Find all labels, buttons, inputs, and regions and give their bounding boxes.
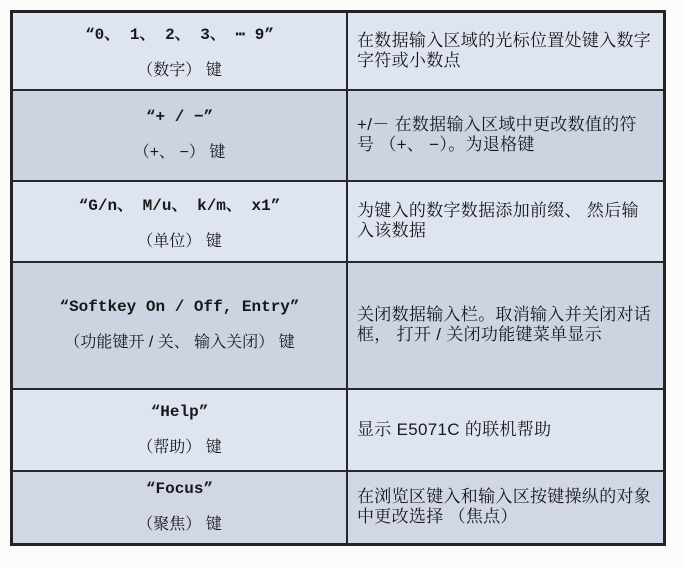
key-cell: “G/n、 M/u、 k/m、 x1” （单位） 键 xyxy=(12,181,348,262)
description-cell: 在数据输入区域的光标位置处键入数字 字符或小数点 xyxy=(347,12,665,90)
table-row: “0、 1、 2、 3、 ⋯ 9” （数字） 键 在数据输入区域的光标位置处键入… xyxy=(12,12,665,90)
key-label: （数字） 键 xyxy=(19,57,340,80)
key-label: （+、 −） 键 xyxy=(19,139,340,162)
key-name: “+ / −” xyxy=(19,108,340,126)
table-row: “Focus” （聚焦） 键 在浏览区键入和输入区按键操纵的对象 中更改选择 （… xyxy=(12,471,665,545)
key-name: “0、 1、 2、 3、 ⋯ 9” xyxy=(19,21,340,44)
key-description: 关闭数据输入栏。取消输入并关闭对话 框， 打开 / 关闭功能键菜单显示 xyxy=(357,305,659,345)
key-description: 显示 E5071C 的联机帮助 xyxy=(357,420,659,440)
table-row: “Softkey On / Off, Entry” （功能键开 / 关、 输入关… xyxy=(12,262,665,389)
description-cell: +/－ 在数据输入区域中更改数值的符 号 （+、 −）。为退格键 xyxy=(347,90,665,181)
key-cell: “Focus” （聚焦） 键 xyxy=(12,471,348,545)
table-row: “G/n、 M/u、 k/m、 x1” （单位） 键 为键入的数字数据添加前缀、… xyxy=(12,181,665,262)
key-description: 在浏览区键入和输入区按键操纵的对象 中更改选择 （焦点） xyxy=(357,487,659,527)
table-row: “Help” （帮助） 键 显示 E5071C 的联机帮助 xyxy=(12,389,665,471)
key-cell: “0、 1、 2、 3、 ⋯ 9” （数字） 键 xyxy=(12,12,348,90)
key-cell: “Help” （帮助） 键 xyxy=(12,389,348,471)
key-name: “Help” xyxy=(19,403,340,421)
key-function-table: “0、 1、 2、 3、 ⋯ 9” （数字） 键 在数据输入区域的光标位置处键入… xyxy=(10,10,666,546)
key-name: “Softkey On / Off, Entry” xyxy=(19,298,340,316)
description-cell: 在浏览区键入和输入区按键操纵的对象 中更改选择 （焦点） xyxy=(347,471,665,545)
key-label: （帮助） 键 xyxy=(19,434,340,457)
key-label: （聚焦） 键 xyxy=(19,511,340,534)
key-description: 在数据输入区域的光标位置处键入数字 字符或小数点 xyxy=(357,31,659,71)
key-label: （功能键开 / 关、 输入关闭） 键 xyxy=(19,329,340,352)
description-cell: 关闭数据输入栏。取消输入并关闭对话 框， 打开 / 关闭功能键菜单显示 xyxy=(347,262,665,389)
key-name: “G/n、 M/u、 k/m、 x1” xyxy=(19,192,340,215)
description-cell: 显示 E5071C 的联机帮助 xyxy=(347,389,665,471)
key-description: 为键入的数字数据添加前缀、 然后输 入该数据 xyxy=(357,201,659,241)
key-label: （单位） 键 xyxy=(19,228,340,251)
key-description: +/－ 在数据输入区域中更改数值的符 号 （+、 −）。为退格键 xyxy=(357,115,659,155)
table-row: “+ / −” （+、 −） 键 +/－ 在数据输入区域中更改数值的符 号 （+… xyxy=(12,90,665,181)
description-cell: 为键入的数字数据添加前缀、 然后输 入该数据 xyxy=(347,181,665,262)
key-cell: “Softkey On / Off, Entry” （功能键开 / 关、 输入关… xyxy=(12,262,348,389)
key-name: “Focus” xyxy=(19,480,340,498)
key-cell: “+ / −” （+、 −） 键 xyxy=(12,90,348,181)
